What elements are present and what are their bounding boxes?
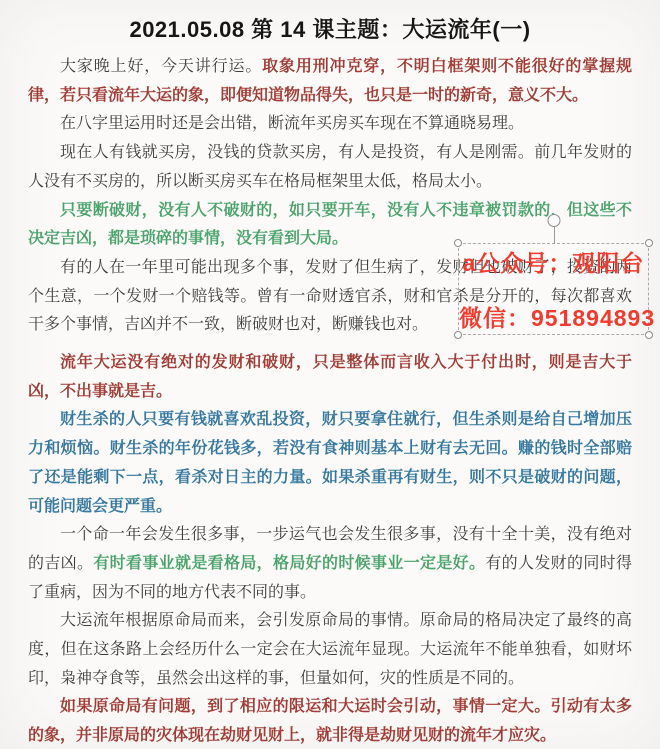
paragraph: 在八字里运用时还是会出错，断流年买房买车现在不算通晓易理。 xyxy=(28,110,632,139)
rotation-connector-line xyxy=(554,226,555,244)
paragraph: 大运流年根据原命局而来，会引发原命局的事情。原命局的格局决定了最终的高度，但在这… xyxy=(28,607,632,693)
page-title: 2021.05.08 第 14 课主题：大运流年(一) xyxy=(10,13,650,44)
paragraph: 大家晚上好，今天讲行运。取象用刑冲克穿，不明白框架则不能很好的掌握规律，若只看流… xyxy=(28,53,632,110)
text-segment: 在八字里运用时还是会出错，断流年买房买车现在不算通晓易理。 xyxy=(60,115,524,132)
text-segment: 如果原命局有问题，到了相应的限运和大运时会引动，事情一定大。引动有太多的象，并非… xyxy=(28,698,632,744)
content: 大家晚上好，今天讲行运。取象用刑冲克穿，不明白框架则不能很好的掌握规律，若只看流… xyxy=(28,53,632,749)
paragraph: 如果原命局有问题，到了相应的限运和大运时会引动，事情一定大。引动有太多的象，并非… xyxy=(28,693,632,749)
document-page: 2021.05.08 第 14 课主题：大运流年(一) 大家晚上好，今天讲行运。… xyxy=(0,0,660,749)
text-segment: 大家晚上好，今天讲行运。 xyxy=(60,58,262,75)
rotation-handle-icon[interactable] xyxy=(547,214,560,227)
text-segment: 现在人有钱就买房，没钱的贷款买房，有人是投资，有人是刚需。前几年发财的人没有不买… xyxy=(28,144,632,190)
selection-handle-bottom-right[interactable] xyxy=(645,331,653,339)
paragraph: 一个命一年会发生很多事，一步运气也会发生很多事，没有十全十美，没有绝对的吉凶。有… xyxy=(28,521,632,607)
selection-handle-top-right[interactable] xyxy=(645,239,653,247)
watermark-textbox[interactable]: a公众号：观阳台 微信：951894893 xyxy=(458,243,649,335)
selection-handle-top-left[interactable] xyxy=(454,239,462,247)
watermark-wechat-number: 微信：951894893 xyxy=(459,300,648,333)
text-segment: 流年大运没有绝对的发财和破财，只是整体而言收入大于付出时，则是吉大于凶，不出事就… xyxy=(28,354,632,400)
watermark-public-account: a公众号：观阳台 xyxy=(459,245,648,278)
paragraph: 财生杀的人只要有钱就喜欢乱投资，财只要拿住就行，但生杀则是给自己增加压力和烦恼。… xyxy=(28,406,632,521)
text-segment: 大运流年根据原命局而来，会引发原命局的事情。原命局的格局决定了最终的高度，但在这… xyxy=(28,612,632,686)
paragraph: 流年大运没有绝对的发财和破财，只是整体而言收入大于付出时，则是吉大于凶，不出事就… xyxy=(28,349,632,406)
selection-handle-bottom-left[interactable] xyxy=(454,331,462,339)
text-segment: 财生杀的人只要有钱就喜欢乱投资，财只要拿住就行，但生杀则是给自己增加压力和烦恼。… xyxy=(28,411,632,514)
paragraph: 现在人有钱就买房，没钱的贷款买房，有人是投资，有人是刚需。前几年发财的人没有不买… xyxy=(28,139,632,196)
text-segment: 只要断破财，没有人不破财的，如只要开车，没有人不违章被罚款的，但这些不决定吉凶，… xyxy=(28,202,632,248)
text-segment: 有时看事业就是看格局，格局好的时候事业一定是好。 xyxy=(93,555,485,572)
